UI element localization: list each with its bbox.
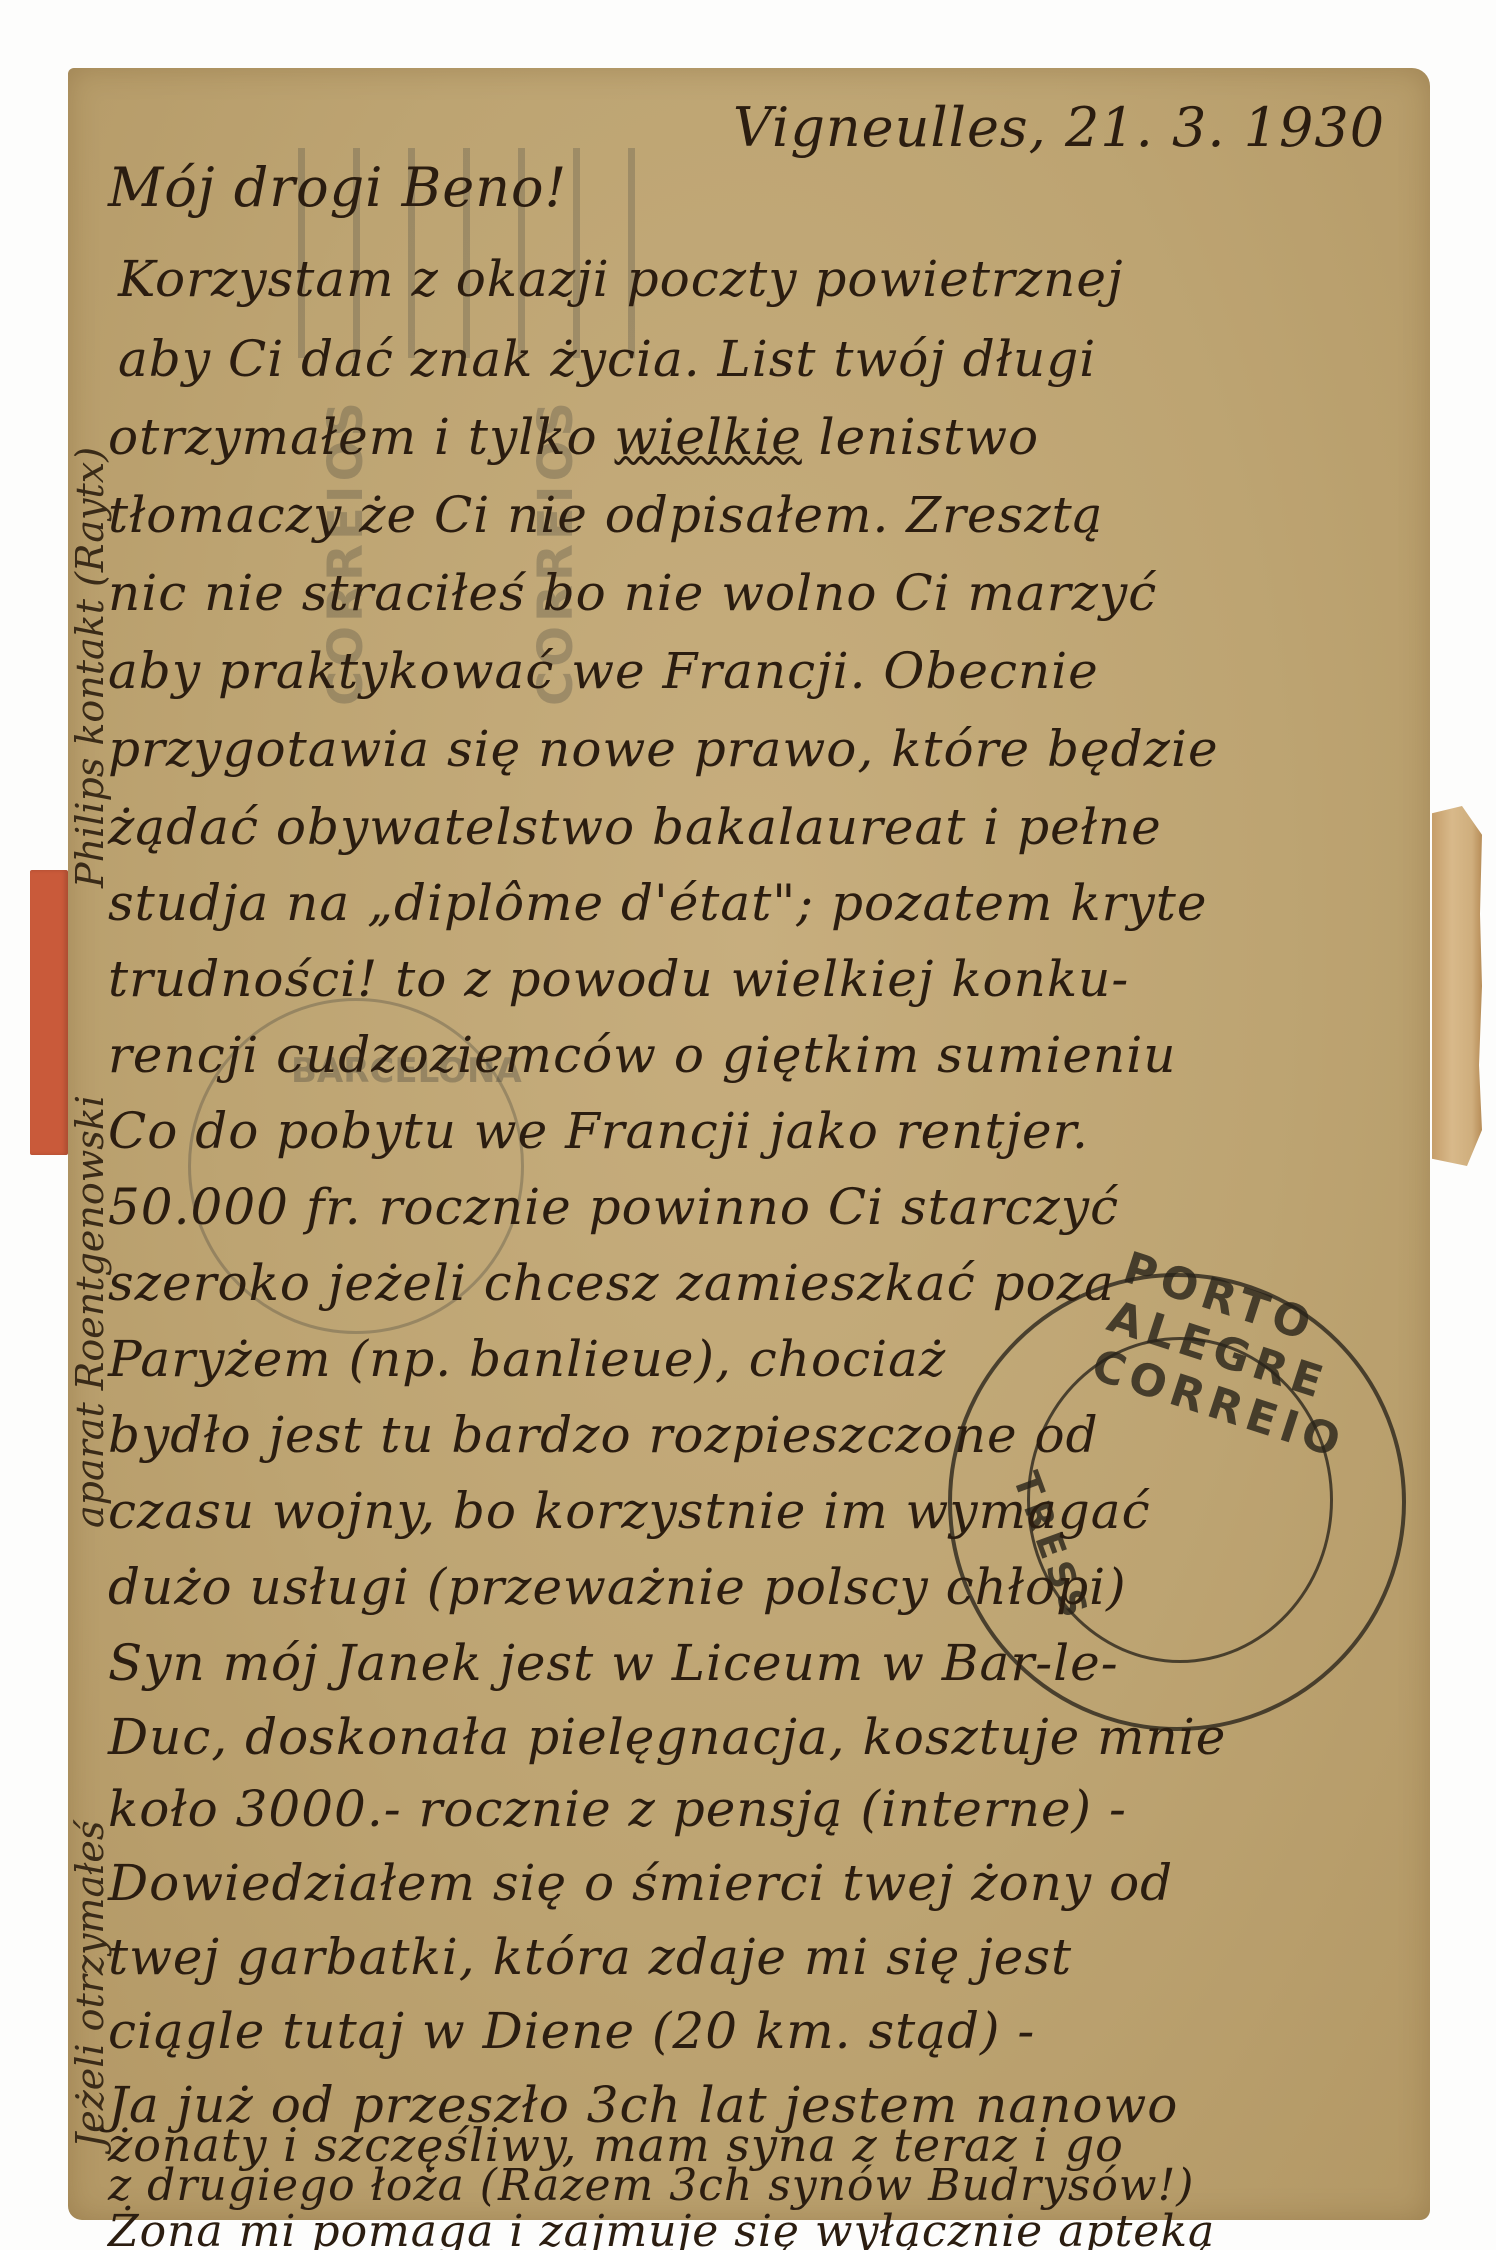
letter-line: Żona mi pomaga i zajmuje się wyłącznie a… — [108, 2206, 1215, 2250]
margin-note-bottom: Jeżeli otrzymałeś — [68, 1821, 112, 2148]
letter-line: aby Ci dać znak życia. List twój długi — [118, 330, 1096, 388]
margin-note-top: Philips kontakt (Raytx) — [68, 447, 112, 888]
letter-line: dużo usługi (przeważnie polscy chłopi) — [108, 1558, 1127, 1616]
letter-line: tłomaczy że Ci nie odpisałem. Zresztą — [108, 486, 1103, 544]
letter-line: trudności! to z powodu wielkiej konku- — [108, 950, 1129, 1008]
letter-line: czasu wojny, bo korzystnie im wymagać — [108, 1482, 1151, 1540]
letter-line: studja na „diplôme d'état"; pozatem kryt… — [108, 874, 1207, 932]
letter-line: aby praktykować we Francji. Obecnie — [108, 642, 1099, 700]
letter-line: rencji cudzoziemców o giętkim sumieniu — [108, 1026, 1176, 1084]
letter-line: Duc, doskonała pielęgnacja, kosztuje mni… — [108, 1708, 1226, 1766]
letter-line: otrzymałem i tylko wielkie lenistwo — [108, 408, 1039, 466]
underlined-word: wielkie — [615, 408, 802, 466]
letter-line: Dowiedziałem się o śmierci twej żony od — [108, 1854, 1173, 1912]
postcard: CORREIOS CORREIOS BARCELONA PORTO ALEGRE… — [68, 68, 1430, 2220]
torn-paper-strip — [1432, 806, 1482, 1166]
place-date: Vigneulles, 21. 3. 1930 — [733, 96, 1385, 159]
letter-line: z drugiego łoża (Razem 3ch synów Budrysó… — [108, 2160, 1194, 2211]
letter-line: Paryżem (np. banlieue), chociaż — [108, 1330, 946, 1388]
letter-line: bydło jest tu bardzo rozpieszczone od — [108, 1406, 1099, 1464]
letter-line: szeroko jeżeli chcesz zamieszkać poza — [108, 1254, 1115, 1312]
letter-line: Korzystam z okazji poczty powietrznej — [118, 250, 1123, 308]
letter-line: 50.000 fr. rocznie powinno Ci starczyć — [108, 1178, 1119, 1236]
letter-line: twej garbatki, która zdaje mi się jest — [108, 1928, 1072, 1986]
letter-line: Syn mój Janek jest w Liceum w Bar-le- — [108, 1634, 1119, 1692]
margin-note-middle: aparat Roentgenowski — [68, 1095, 112, 1528]
letter-line: żądać obywatelstwo bakalaureat i pełne — [108, 798, 1162, 856]
letter-line: przygotawia się nowe prawo, które będzie — [108, 720, 1219, 778]
salutation: Mój drogi Beno! — [108, 156, 567, 219]
letter-line-text: otrzymałem i tylko wielkie lenistwo — [108, 408, 1039, 466]
letter-line: koło 3000.- rocznie z pensją (interne) - — [108, 1780, 1127, 1838]
letter-line: nic nie straciłeś bo nie wolno Ci marzyć — [108, 564, 1157, 622]
red-paper-tab — [30, 870, 68, 1155]
letter-line: ciągle tutaj w Diene (20 km. stąd) - — [108, 2002, 1035, 2060]
letter-line: Co do pobytu we Francji jako rentjer. — [108, 1102, 1089, 1160]
